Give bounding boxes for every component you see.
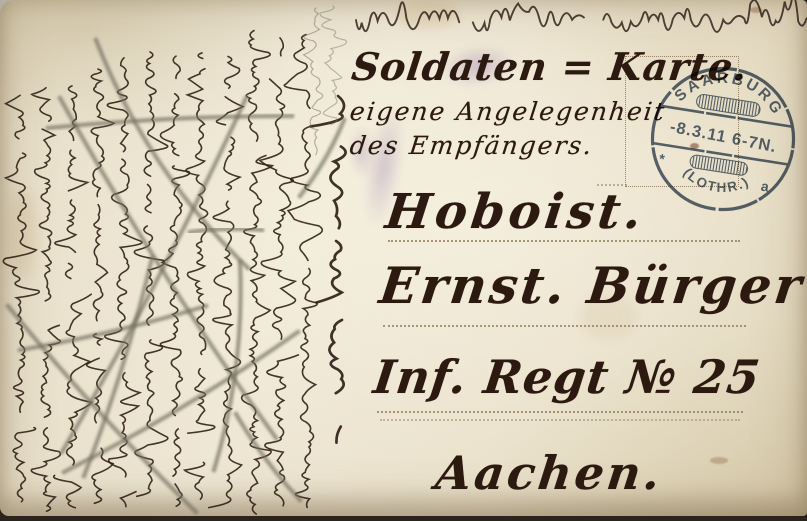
address-dotted-line xyxy=(388,240,740,242)
card-subtitle-line2: des Empfängers. xyxy=(348,131,595,160)
paper-stain xyxy=(396,0,460,28)
address-line-city: Aachen. xyxy=(433,446,666,500)
address-dotted-line xyxy=(377,411,743,413)
card-subtitle-line1: eigene Angelegenheit xyxy=(348,97,668,126)
paper-stain xyxy=(8,190,36,280)
paper-stain xyxy=(710,457,728,464)
address-line-regiment: Inf. Regt № 25 xyxy=(371,350,764,404)
paper-stain xyxy=(750,7,762,13)
address-dotted-line xyxy=(380,419,740,421)
address-line-rank: Hoboist. xyxy=(383,184,649,240)
card-type-label: Soldaten = Karte. xyxy=(349,44,750,89)
address-dotted-line xyxy=(383,325,746,327)
postcard: Soldaten = Karte. eigene Angelegenheit d… xyxy=(0,0,807,516)
postmark-letter: a xyxy=(760,178,770,195)
address-line-name: Ernst. Bürger xyxy=(376,256,807,315)
scanner-background: Soldaten = Karte. eigene Angelegenheit d… xyxy=(0,0,807,521)
